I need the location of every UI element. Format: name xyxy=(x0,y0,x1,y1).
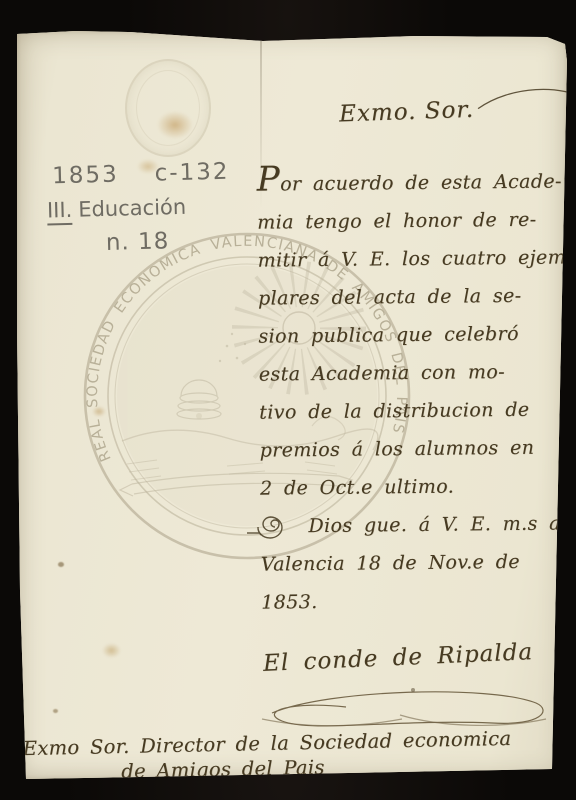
photograph-background: REAL SOCIEDAD ECONOMICA VALENCIANA DE AM… xyxy=(0,0,576,800)
letter-line: Dios gue. á V. E. m.s años — xyxy=(260,504,570,545)
letter-body: Por acuerdo de esta Acade- mia tengo el … xyxy=(257,157,572,621)
letter-line: premios á los alumnos en xyxy=(259,428,569,469)
letter-line: tivo de la distribucion de xyxy=(259,390,569,431)
letter-line: mia tengo el honor de re- xyxy=(257,200,567,241)
pencil-annotations: 1853c-132 III.Educación n. 18 xyxy=(52,155,232,262)
letter-line: sion publica que celebró xyxy=(258,314,568,355)
rubric-spiral-icon xyxy=(245,509,297,545)
annotation-row-category: III.Educación xyxy=(47,189,231,228)
letter-salutation: Exmo. Sor. xyxy=(339,87,576,128)
salutation-flourish xyxy=(475,87,576,121)
letter-line: 2 de Oct.e ultimo. xyxy=(260,466,570,507)
letter-line: 1853. xyxy=(261,580,571,621)
annotation-ref: c-132 xyxy=(154,159,230,187)
foxing-stain xyxy=(102,643,121,658)
letter-line: Por acuerdo de esta Acade- xyxy=(257,157,567,203)
ink-speck xyxy=(53,709,58,713)
annotation-number: n. 18 xyxy=(53,223,231,262)
salutation-text: Exmo. Sor. xyxy=(339,97,475,128)
letter-line: mitir á V. E. los cuatro ejem- xyxy=(257,238,567,279)
foxing-stain xyxy=(157,111,193,139)
letter-line: Valencia 18 de Nov.e de xyxy=(261,542,571,583)
annotation-category: Educación xyxy=(78,195,186,222)
letter-line: esta Academia con mo- xyxy=(259,352,569,393)
document-paper: REAL SOCIEDAD ECONOMICA VALENCIANA DE AM… xyxy=(17,31,567,779)
annotation-category-numeral: III. xyxy=(47,198,73,226)
blind-embossed-stamp xyxy=(125,59,211,157)
address-block: Exmo Sor. Director de la Sociedad econom… xyxy=(23,726,513,786)
annotation-year: 1853 xyxy=(52,162,119,190)
signature: El conde de Ripalda xyxy=(263,639,534,677)
annotation-row-year-ref: 1853c-132 xyxy=(52,155,230,194)
ink-speck xyxy=(58,562,64,567)
letter-line: plares del acta de la se- xyxy=(258,276,568,317)
